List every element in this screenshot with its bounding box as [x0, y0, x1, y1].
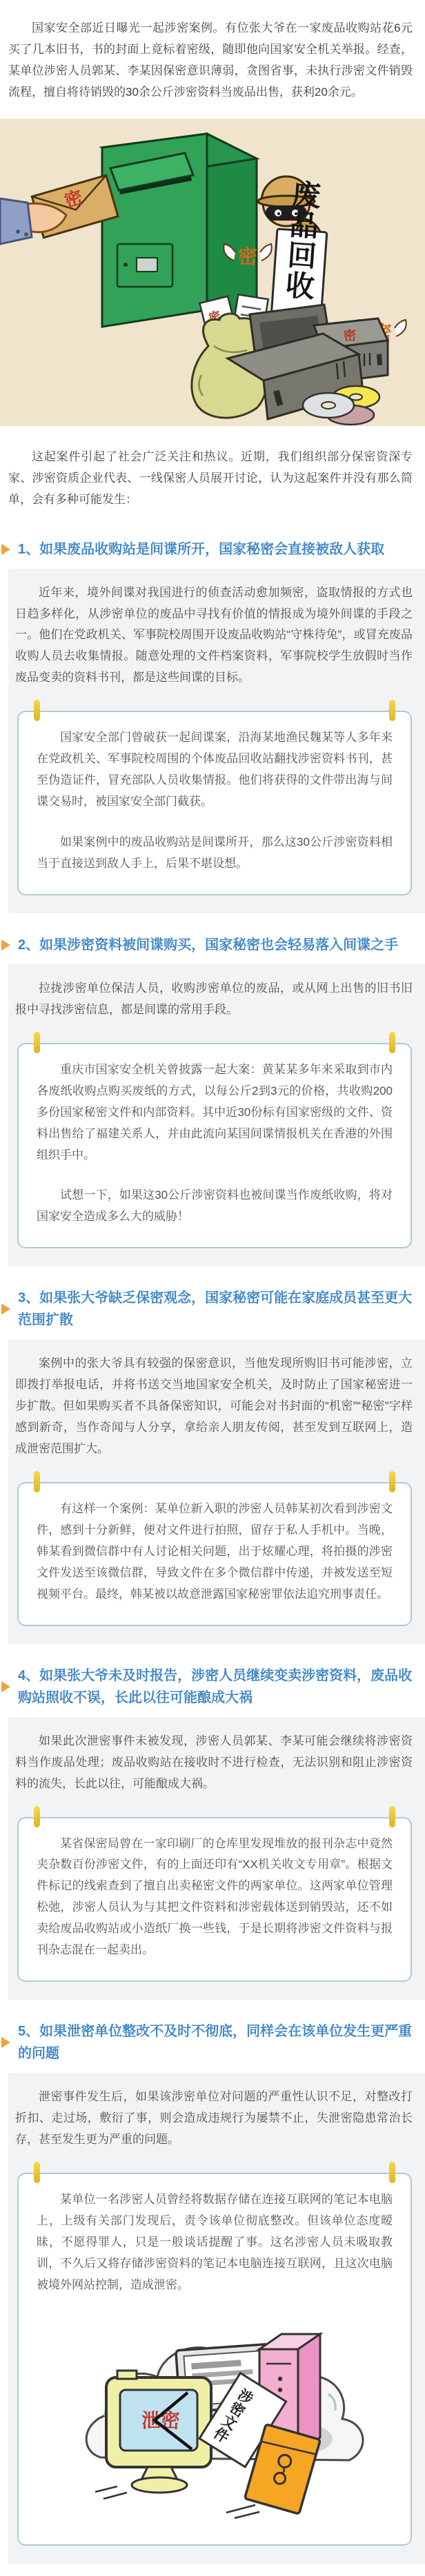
- section-2-paragraph: 拉拢涉密单位保洁人员，收购涉密单位的废品，或从网上出售的旧书旧报中寻找涉密信息，…: [15, 978, 413, 1021]
- section-4-paragraph: 如果此次泄密事件未被发现，涉密人员郭某、李某可能会继续将涉密资料当作废品处理；废…: [15, 1731, 413, 1795]
- pin-tick-left-icon: [34, 700, 40, 721]
- section-3-paragraph: 案例中的张大爷具有较强的保密意识，当他发现所购旧书可能涉密，立即拨打举报电话，并…: [15, 1353, 413, 1460]
- section-2-heading: 2、如果涉密资料被间谍购买，国家秘密也会轻易落入间谍之手: [0, 931, 425, 959]
- case-box-5: 某单位一名涉密人员曾经将数据存储在连接互联网的笔记本电脑上，上级有关部门发现后，…: [17, 2173, 412, 2546]
- case-box-paragraph: 某省保密局曾在一家印刷厂的仓库里发现堆放的报刊杂志中竟然夹杂数百份涉密文件，有的…: [37, 1834, 393, 1962]
- pin-tick-right-icon: [389, 2162, 395, 2183]
- triangle-bullet-icon: [1, 940, 10, 951]
- sleeve: [0, 199, 32, 244]
- yellow-crt-monitor: 泄密: [106, 2371, 211, 2493]
- leak-illustration-svg: 泄密 涉密文件: [52, 2311, 377, 2525]
- section-4-heading: 4、如果张大爷未及时报告，涉密人员继续变卖涉密资料，废品收购站照收不误，长此以往…: [0, 1662, 425, 1712]
- case-box-paragraph: 国家安全部门曾破获一起间谍案，沿海某地渔民魏某等人多年来在党政机关、军事院校周围…: [37, 727, 393, 813]
- section-3-body: 案例中的张大爷具有较强的保密意识，当他发现所购旧书可能涉密，立即拨打举报电话，并…: [8, 1339, 425, 1643]
- triangle-bullet-icon: [1, 2037, 10, 2048]
- pin-tick-left-icon: [34, 1032, 40, 1053]
- case-box-3: 有这样一个案例：某单位新入职的涉密人员韩某初次看到涉密文件，感到十分新鲜，便对文…: [17, 1482, 412, 1626]
- section-1-title: 1、如果废品收购站是间谍所开，国家秘密会直接被敌人获取: [18, 542, 384, 557]
- mailbox-illustration-svg: 密 废品回收 密 密: [0, 119, 425, 426]
- shadow-hatch: [226, 2505, 259, 2518]
- discussion-paragraph: 这起案件引起了社会广泛关注和热议。近期，我们组织部分保密资深专家、涉密资质企业代…: [0, 426, 425, 518]
- mailbox-illustration: 密 废品回收 密 密: [0, 119, 425, 426]
- section-2-title: 2、如果涉密资料被间谍购买，国家秘密也会轻易落入间谍之手: [18, 937, 398, 953]
- page-bottom-spacer: [0, 2564, 425, 2576]
- case-box-paragraph: 如果案例中的废品收购站是间谍所开，那么这30公斤涉密资料相当于直接送到敌人手上，…: [37, 832, 393, 875]
- case-box-2: 重庆市国家安全机关曾披露一起大案：黄某某多年来采取到市内各废纸收购点购买废纸的方…: [17, 1043, 412, 1249]
- triangle-bullet-icon: [1, 1304, 10, 1315]
- section-1-paragraph: 近年来，境外间谍对我国进行的侦查活动愈加频密，盗取情报的方式也日趋多样化，从涉密…: [15, 582, 413, 689]
- section-4-body: 如果此次泄密事件未被发现，涉密人员郭某、李某可能会继续将涉密资料当作废品处理；废…: [8, 1717, 425, 2000]
- pin-tick-left-icon: [34, 1806, 40, 1827]
- green-recycle-box: [102, 134, 257, 327]
- section-3-title: 3、如果张大爷缺乏保密观念，国家秘密可能在家庭成员甚至更大范围扩散: [18, 1290, 412, 1328]
- section-1-body: 近年来，境外间谍对我国进行的侦查活动愈加频密，盗取情报的方式也日趋多样化，从涉密…: [8, 569, 425, 913]
- svg-text:密: 密: [238, 245, 257, 267]
- leak-illustration: 泄密 涉密文件: [52, 2311, 377, 2525]
- section-2-body: 拉拢涉密单位保洁人员，收购涉密单位的废品，或从网上出售的旧书旧报中寻找涉密信息，…: [8, 964, 425, 1266]
- case-box-4: 某省保密局曾在一家印刷厂的仓库里发现堆放的报刊杂志中竟然夹杂数百份涉密文件，有的…: [17, 1817, 412, 1982]
- triangle-bullet-icon: [1, 1681, 10, 1692]
- case-stamp-text: 密: [343, 327, 357, 343]
- case-box-paragraph: 有这样一个案例：某单位新入职的涉密人员韩某初次看到涉密文件，感到十分新鲜，便对文…: [37, 1499, 393, 1605]
- case-box-paragraph: 重庆市国家安全机关曾披露一起大案：黄某某多年来采取到市内各废纸收购点购买废纸的方…: [37, 1059, 393, 1166]
- pin-tick-right-icon: [389, 1032, 395, 1053]
- shadow-hatch: [95, 2486, 127, 2499]
- article-page: 国家安全部近日曝光一起涉密案例。有位张大爷在一家废品收购站花6元买了几本旧书，书…: [0, 0, 425, 2576]
- section-1-heading: 1、如果废品收购站是间谍所开，国家秘密会直接被敌人获取: [0, 536, 425, 563]
- section-5-title: 5、如果泄密单位整改不及时不彻底，同样会在该单位发生更严重的问题: [18, 2024, 412, 2061]
- intro-paragraph: 国家安全部近日曝光一起涉密案例。有位张大爷在一家废品收购站花6元买了几本旧书，书…: [0, 0, 425, 119]
- section-5-body: 泄密事件发生后，如果该涉密单位对问题的严重性认识不足，对整改打折扣、走过场，敷衍…: [8, 2073, 425, 2564]
- pin-tick-right-icon: [389, 1471, 395, 1492]
- section-3-heading: 3、如果张大爷缺乏保密观念，国家秘密可能在家庭成员甚至更大范围扩散: [0, 1284, 425, 1334]
- pin-tick-right-icon: [389, 1806, 395, 1827]
- triangle-bullet-icon: [1, 544, 10, 555]
- pin-tick-right-icon: [389, 700, 395, 721]
- leak-screen-text: 泄密: [141, 2409, 180, 2431]
- pin-tick-left-icon: [34, 2162, 40, 2183]
- section-5-paragraph: 泄密事件发生后，如果该涉密单位对问题的严重性认识不足，对整改打折扣、走过场，敷衍…: [15, 2087, 413, 2151]
- case-box-paragraph: 试想一下，如果这30公斤涉密资料也被间谍当作废纸收购，将对国家安全造成多么大的威…: [37, 1185, 393, 1228]
- pin-tick-left-icon: [34, 1471, 40, 1492]
- case-box-1: 国家安全部门曾破获一起间谍案，沿海某地渔民魏某等人多年来在党政机关、军事院校周围…: [17, 711, 412, 895]
- section-5-heading: 5、如果泄密单位整改不及时不彻底，同样会在该单位发生更严重的问题: [0, 2018, 425, 2067]
- section-4-title: 4、如果张大爷未及时报告，涉密人员继续变卖涉密资料，废品收购站照收不误，长此以往…: [18, 1668, 412, 1705]
- case-box-paragraph: 某单位一名涉密人员曾经将数据存储在连接互联网的笔记本电脑上，上级有关部门发现后，…: [37, 2189, 393, 2296]
